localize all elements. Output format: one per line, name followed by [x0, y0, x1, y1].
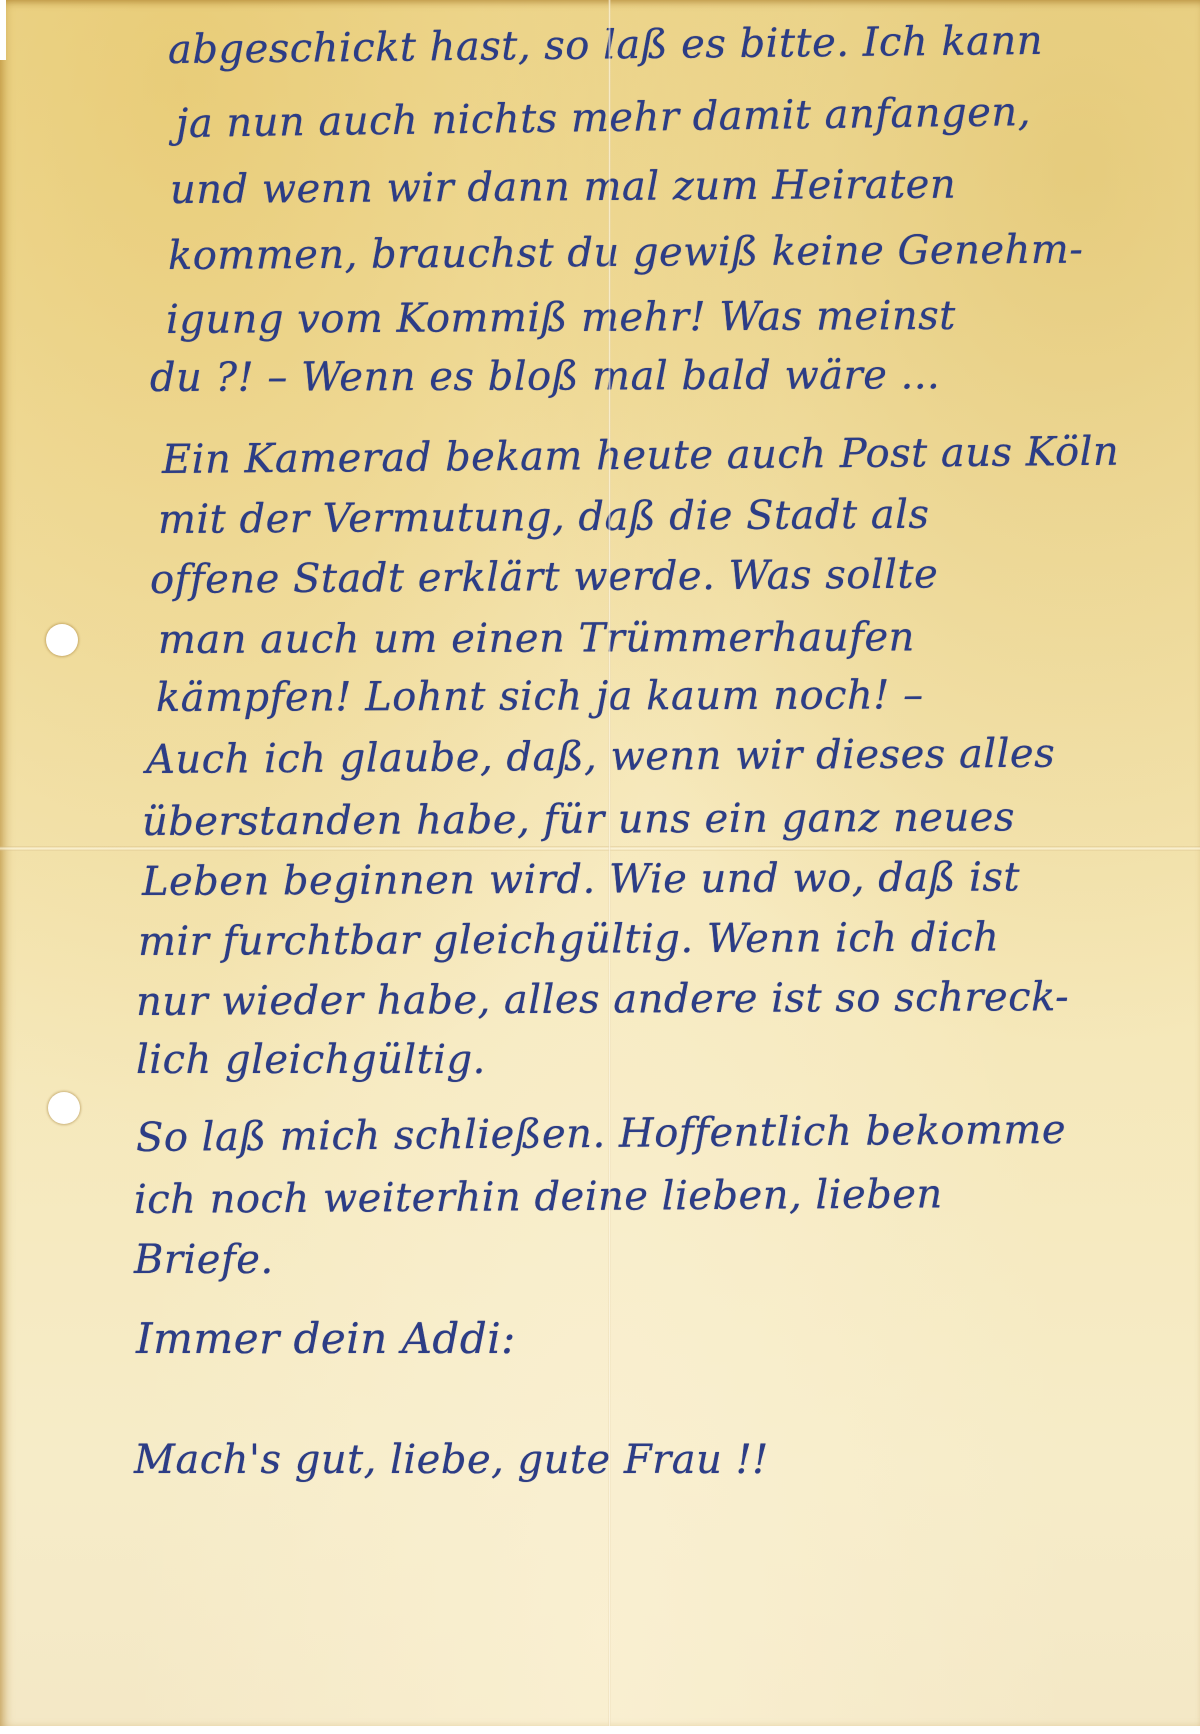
letter-line: mir furchtbar gleichgültig. Wenn ich dic…	[138, 917, 1000, 962]
letter-line: igung vom Kommiß mehr! Was meinst	[166, 296, 956, 340]
letter-line: Auch ich glaube, daß, wenn wir dieses al…	[146, 734, 1055, 780]
letter-line: So laß mich schließen. Hoffentlich bekom…	[136, 1110, 1066, 1158]
letter-line: man auch um einen Trümmerhaufen	[158, 617, 915, 660]
letter-closing-signature: Immer dein Addi:	[136, 1318, 516, 1360]
letter-paper: abgeschickt hast, so laß es bitte. Ich k…	[0, 0, 1200, 1726]
letter-line: offene Stadt erklärt werde. Was sollte	[150, 554, 938, 600]
letter-line: Briefe.	[134, 1240, 274, 1280]
letter-line: Ein Kamerad bekam heute auch Post aus Kö…	[162, 432, 1120, 480]
letter-line: kämpfen! Lohnt sich ja kaum noch! –	[156, 675, 924, 718]
letter-line: lich gleichgültig.	[136, 1040, 486, 1080]
letter-line: mit der Vermutung, daß die Stadt als	[158, 495, 930, 540]
letter-line: nur wieder habe, alles andere ist so sch…	[136, 977, 1069, 1022]
letter-line: abgeschickt hast, so laß es bitte. Ich k…	[168, 21, 1043, 70]
scan-edge	[0, 0, 6, 60]
letter-line: ich noch weiterhin deine lieben, lieben	[134, 1174, 943, 1220]
letter-line: du ?! – Wenn es bloß mal bald wäre ...	[150, 355, 940, 398]
letter-line: Leben beginnen wird. Wie und wo, daß ist	[142, 857, 1020, 902]
letter-line: überstanden habe, für uns ein ganz neues	[142, 797, 1015, 842]
letter-line: und wenn wir dann mal zum Heiraten	[170, 165, 956, 210]
scan-edge	[0, 1726, 1200, 1734]
letter-line: kommen, brauchst du gewiß keine Genehm-	[168, 230, 1084, 276]
letter-body: abgeschickt hast, so laß es bitte. Ich k…	[0, 0, 1200, 1726]
letter-postscript: Mach's gut, liebe, gute Frau !!	[134, 1440, 769, 1480]
letter-line: ja nun auch nichts mehr damit anfangen,	[176, 92, 1031, 144]
